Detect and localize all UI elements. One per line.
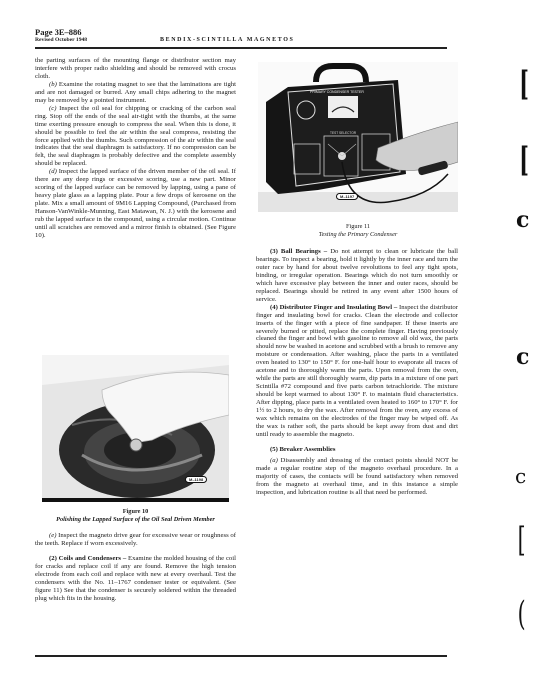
header-rule	[35, 47, 447, 49]
footer-rule	[35, 655, 447, 657]
figure-10-caption: Figure 10 Polishing the Lapped Surface o…	[35, 508, 236, 524]
paragraph-d: (d) Inspect the lapped surface of the dr…	[35, 168, 236, 240]
binder-hole-mark: [	[519, 140, 529, 180]
figure-title: Polishing the Lapped Surface of the Oil …	[35, 516, 236, 524]
binder-hole-mark: c	[516, 344, 529, 370]
heading-breaker-assemblies: (5) Breaker Assemblies	[256, 446, 458, 454]
svg-text:TEST SELECTOR: TEST SELECTOR	[330, 131, 357, 135]
figure-title: Testing the Primary Condenser	[258, 231, 458, 239]
figure-11-caption: Figure 11 Testing the Primary Condenser	[258, 223, 458, 239]
paragraph-coils-condensers: (2) Coils and Condensers – Examine the m…	[35, 555, 236, 603]
figure-11-image: PRIMARY CONDENSER TESTER TEST SELECTOR M…	[258, 62, 458, 212]
page-number: Page 3E–886	[35, 27, 447, 37]
binder-hole-mark: [	[519, 64, 529, 104]
figure-number: Figure 10	[35, 508, 236, 516]
figure-tag: M–1198	[185, 476, 207, 483]
left-column-top: the parting surfaces of the mounting fla…	[35, 57, 236, 240]
panel-label: PRIMARY CONDENSER TESTER	[310, 90, 364, 94]
paragraph-c: (c) Inspect the oil seal for chipping or…	[35, 105, 236, 169]
paragraph: the parting surfaces of the mounting fla…	[35, 57, 236, 81]
paragraph-e: (e) Inspect the magneto drive gear for e…	[35, 532, 236, 548]
paragraph-breaker-a: (a) Disassembly and dressing of the cont…	[256, 457, 458, 497]
figure-10-image: M–1198	[42, 355, 229, 502]
running-title: BENDIX-SCINTILLA MAGNETOS	[160, 37, 294, 43]
page-header: Page 3E–886 Revised October 1948 BENDIX-…	[35, 27, 447, 44]
paragraph-distributor-finger: (4) Distributor Finger and Insulating Bo…	[256, 304, 458, 439]
binder-hole-mark: (	[518, 594, 526, 634]
binder-hole-mark: c	[515, 464, 526, 488]
right-column-text: (3) Ball Bearings – Do not attempt to cl…	[256, 248, 458, 497]
paragraph-ball-bearings: (3) Ball Bearings – Do not attempt to cl…	[256, 248, 458, 304]
paragraph-b: (b) Examine the rotating magnet to see t…	[35, 81, 236, 105]
figure-number: Figure 11	[258, 223, 458, 231]
figure-tag: M–1197	[336, 193, 358, 200]
condenser-tester-photo-illustration: PRIMARY CONDENSER TESTER TEST SELECTOR	[258, 62, 458, 212]
binder-hole-mark: [	[518, 520, 526, 560]
binder-hole-mark: c	[516, 207, 529, 233]
left-column-bottom: (e) Inspect the magneto drive gear for e…	[35, 532, 236, 603]
